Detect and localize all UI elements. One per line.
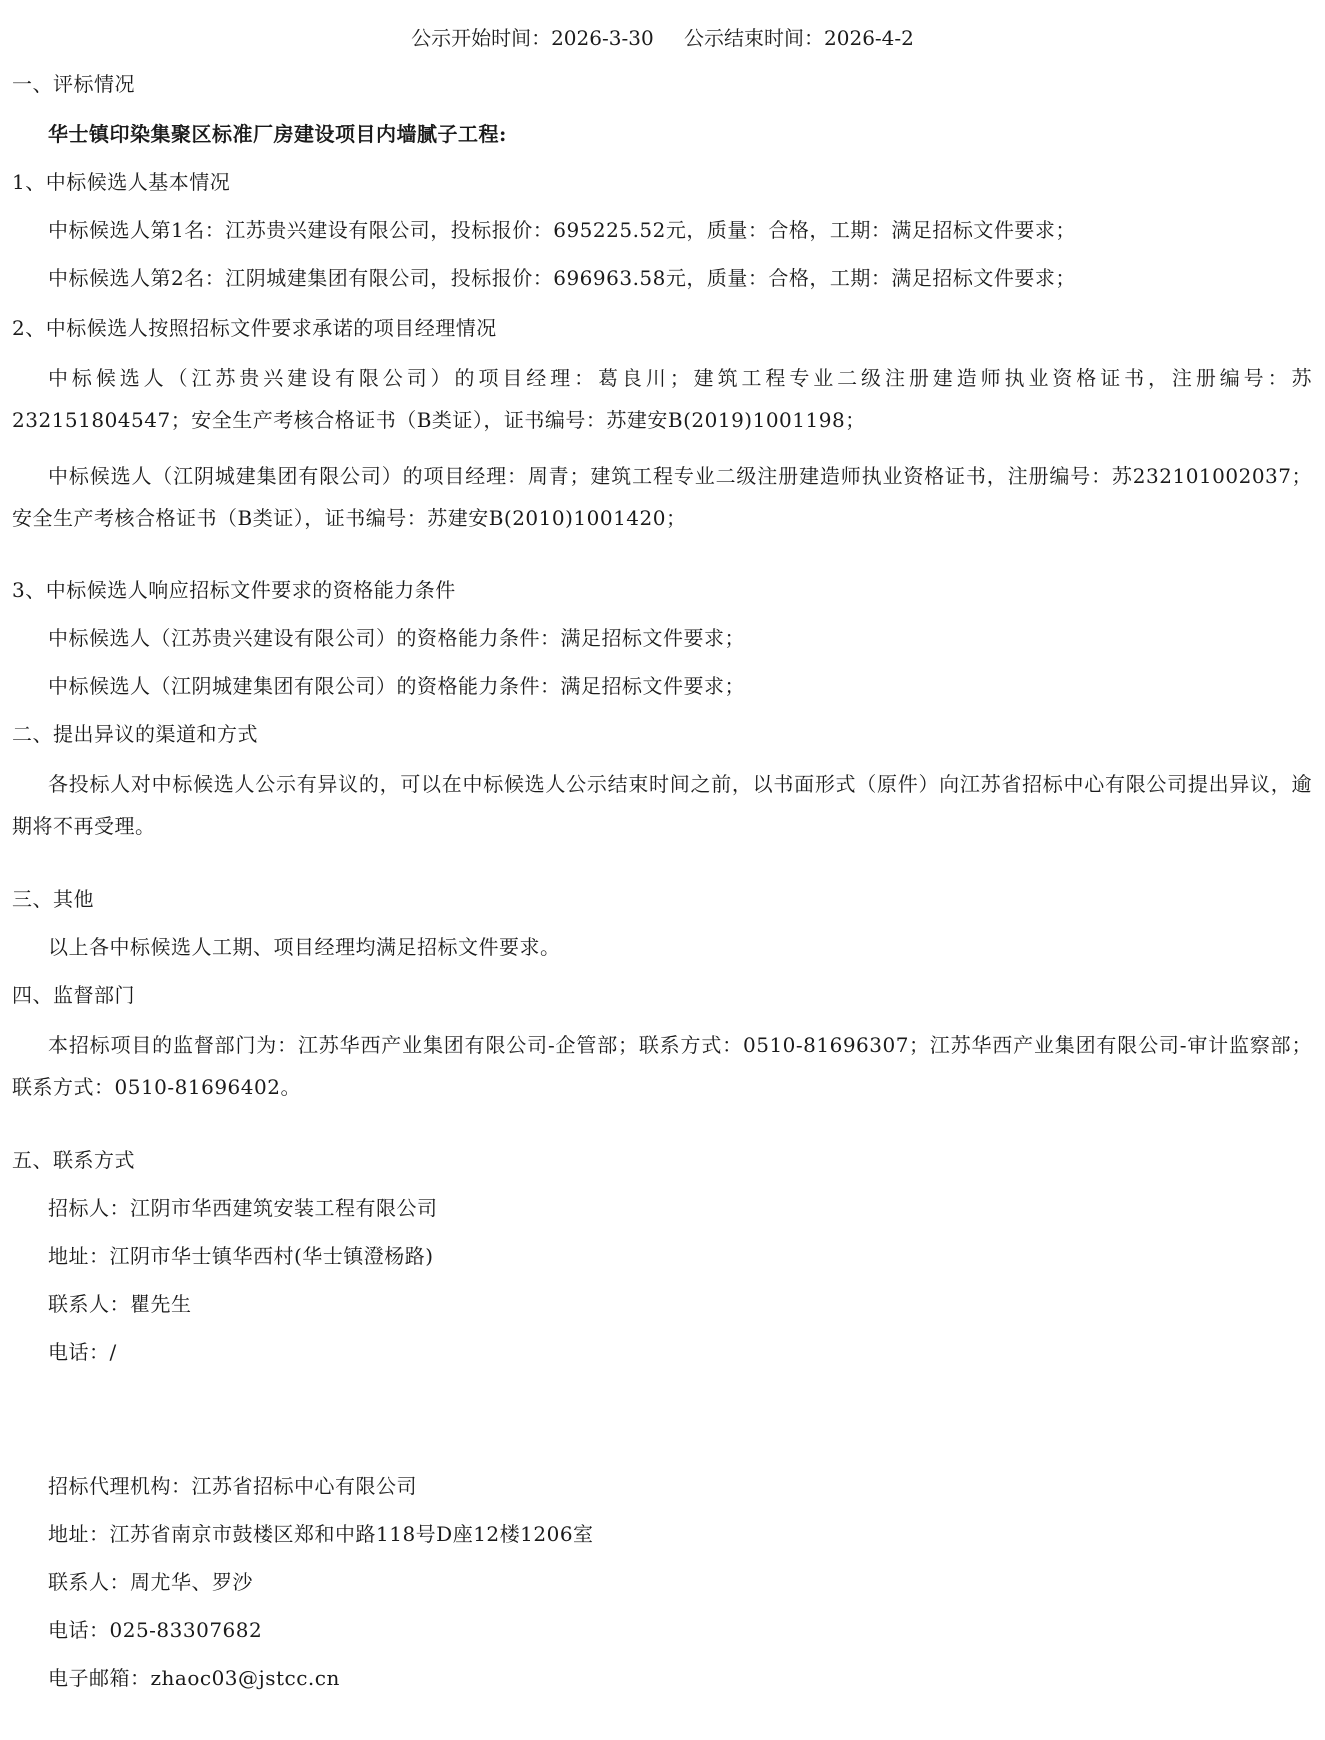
project-name: 华士镇印染集聚区标准厂房建设项目内墙腻子工程: bbox=[48, 122, 507, 146]
agency-name: 招标代理机构：江苏省招标中心有限公司 bbox=[48, 1474, 417, 1498]
publicity-start-time: 公示开始时间：2026-3-30 bbox=[399, 26, 666, 50]
tenderer-address: 地址：江阴市华士镇华西村(华士镇澄杨路) bbox=[48, 1244, 434, 1268]
tenderer-contact: 联系人：瞿先生 bbox=[48, 1292, 192, 1316]
other-body: 以上各中标候选人工期、项目经理均满足招标文件要求。 bbox=[48, 935, 561, 959]
qualification-candidate-2: 中标候选人（江阴城建集团有限公司）的资格能力条件：满足招标文件要求； bbox=[48, 674, 745, 698]
subsection-title-managers: 2、中标候选人按照招标文件要求承诺的项目经理情况 bbox=[12, 316, 497, 340]
tenderer-name: 招标人：江阴市华西建筑安装工程有限公司 bbox=[48, 1196, 438, 1220]
manager-candidate-2: 中标候选人（江阴城建集团有限公司）的项目经理：周青；建筑工程专业二级注册建造师执… bbox=[12, 455, 1312, 539]
qualification-candidate-1: 中标候选人（江苏贵兴建设有限公司）的资格能力条件：满足招标文件要求； bbox=[48, 626, 745, 650]
objection-body: 各投标人对中标候选人公示有异议的，可以在中标候选人公示结束时间之前，以书面形式（… bbox=[12, 763, 1312, 847]
subsection-title-qualifications: 3、中标候选人响应招标文件要求的资格能力条件 bbox=[12, 578, 456, 602]
candidate-1: 中标候选人第1名：江苏贵兴建设有限公司，投标报价：695225.52元，质量：合… bbox=[48, 218, 1076, 242]
section-title-contact: 五、联系方式 bbox=[12, 1148, 135, 1172]
subsection-title-candidates: 1、中标候选人基本情况 bbox=[12, 170, 230, 194]
agency-contact: 联系人：周尤华、罗沙 bbox=[48, 1570, 253, 1594]
section-title-other: 三、其他 bbox=[12, 887, 94, 911]
agency-address: 地址：江苏省南京市鼓楼区郑和中路118号D座12楼1206室 bbox=[48, 1522, 594, 1546]
agency-email: 电子邮箱：zhaoc03@jstcc.cn bbox=[48, 1666, 340, 1690]
publicity-end-time: 公示结束时间：2026-4-2 bbox=[672, 26, 926, 50]
agency-phone: 电话：025-83307682 bbox=[48, 1618, 262, 1642]
section-title-objection: 二、提出异议的渠道和方式 bbox=[12, 722, 258, 746]
section-title-supervision: 四、监督部门 bbox=[12, 983, 135, 1007]
publicity-period: 公示开始时间：2026-3-30 公示结束时间：2026-4-2 bbox=[0, 26, 1325, 50]
section-title-evaluation: 一、评标情况 bbox=[12, 72, 135, 96]
candidate-2: 中标候选人第2名：江阴城建集团有限公司，投标报价：696963.58元，质量：合… bbox=[48, 266, 1076, 290]
tenderer-phone: 电话：/ bbox=[48, 1340, 117, 1364]
supervision-body: 本招标项目的监督部门为：江苏华西产业集团有限公司-企管部；联系方式：0510-8… bbox=[12, 1024, 1312, 1108]
manager-candidate-1: 中标候选人（江苏贵兴建设有限公司）的项目经理：葛良川；建筑工程专业二级注册建造师… bbox=[12, 357, 1312, 441]
